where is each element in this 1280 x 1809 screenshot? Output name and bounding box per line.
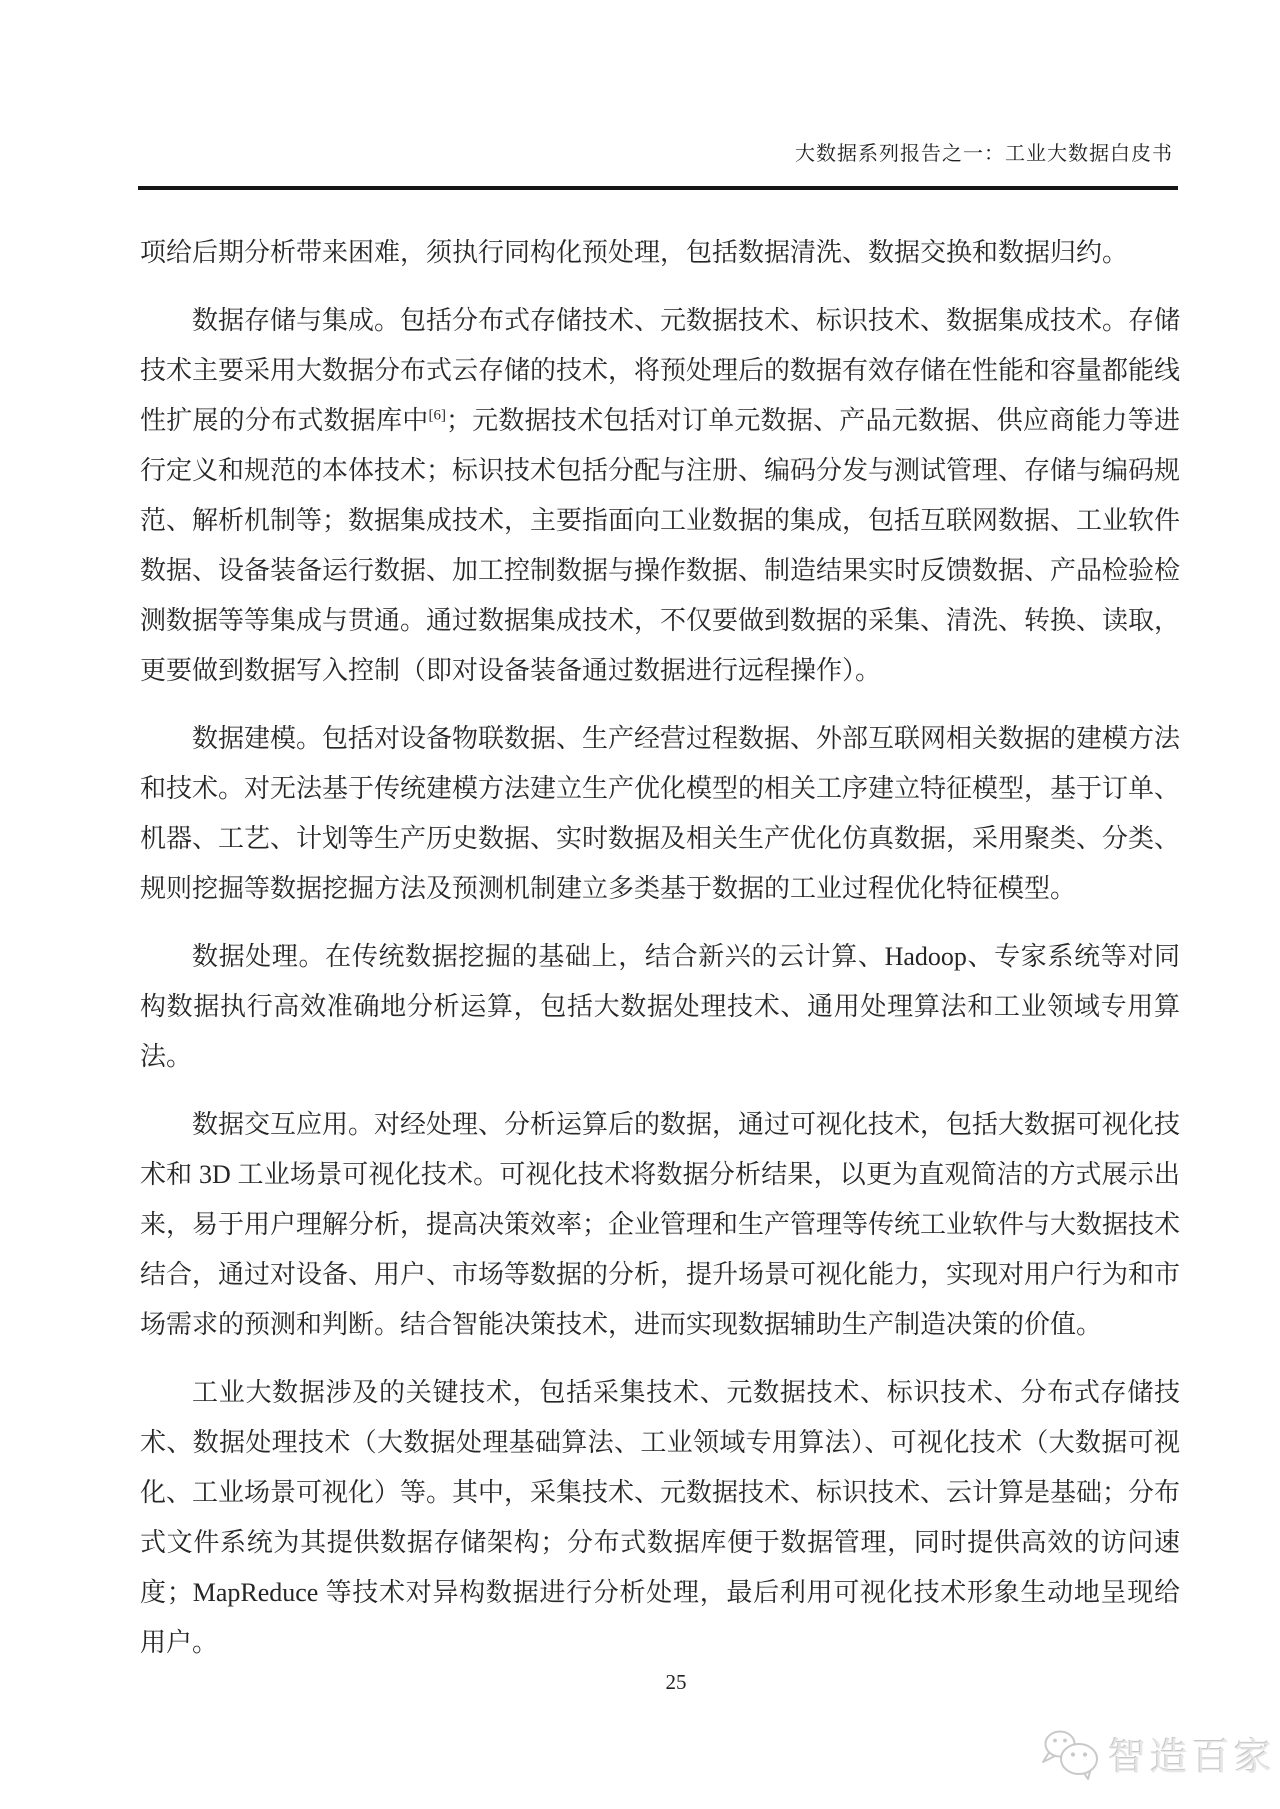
document-page: 大数据系列报告之一：工业大数据白皮书 项给后期分析带来困难，须执行同构化预处理，… [0, 0, 1280, 1809]
footnote-reference: [6] [428, 407, 446, 423]
page-number: 25 [666, 1670, 687, 1695]
paragraph-text: 数据交互应用。对经处理、分析运算后的数据，通过可视化技术，包括大数据可视化技术和… [140, 1110, 1180, 1339]
watermark: 智造百家 [1036, 1726, 1276, 1781]
wechat-bubbles-icon [1036, 1728, 1100, 1780]
paragraph: 数据处理。在传统数据挖掘的基础上，结合新兴的云计算、Hadoop、专家系统等对同… [140, 932, 1180, 1082]
document-body: 项给后期分析带来困难，须执行同构化预处理，包括数据清洗、数据交换和数据归约。数据… [140, 228, 1180, 1686]
paragraph-text: 数据处理。在传统数据挖掘的基础上，结合新兴的云计算、Hadoop、专家系统等对同… [140, 942, 1180, 1071]
paragraph-text: 工业大数据涉及的关键技术，包括采集技术、元数据技术、标识技术、分布式存储技术、数… [140, 1378, 1180, 1657]
watermark-text: 智造百家 [1108, 1726, 1276, 1781]
paragraph: 工业大数据涉及的关键技术，包括采集技术、元数据技术、标识技术、分布式存储技术、数… [140, 1368, 1180, 1668]
paragraph-text: 项给后期分析带来困难，须执行同构化预处理，包括数据清洗、数据交换和数据归约。 [140, 238, 1128, 267]
paragraph: 项给后期分析带来困难，须执行同构化预处理，包括数据清洗、数据交换和数据归约。 [140, 228, 1180, 278]
paragraph-text: ；元数据技术包括对订单元数据、产品元数据、供应商能力等进行定义和规范的本体技术；… [140, 406, 1180, 685]
header-title: 大数据系列报告之一：工业大数据白皮书 [795, 137, 1173, 166]
paragraph: 数据交互应用。对经处理、分析运算后的数据，通过可视化技术，包括大数据可视化技术和… [140, 1100, 1180, 1350]
paragraph: 数据存储与集成。包括分布式存储技术、元数据技术、标识技术、数据集成技术。存储技术… [140, 296, 1180, 696]
paragraph: 数据建模。包括对设备物联数据、生产经营过程数据、外部互联网相关数据的建模方法和技… [140, 714, 1180, 914]
header-rule [138, 186, 1178, 190]
paragraph-text: 数据建模。包括对设备物联数据、生产经营过程数据、外部互联网相关数据的建模方法和技… [140, 724, 1180, 903]
